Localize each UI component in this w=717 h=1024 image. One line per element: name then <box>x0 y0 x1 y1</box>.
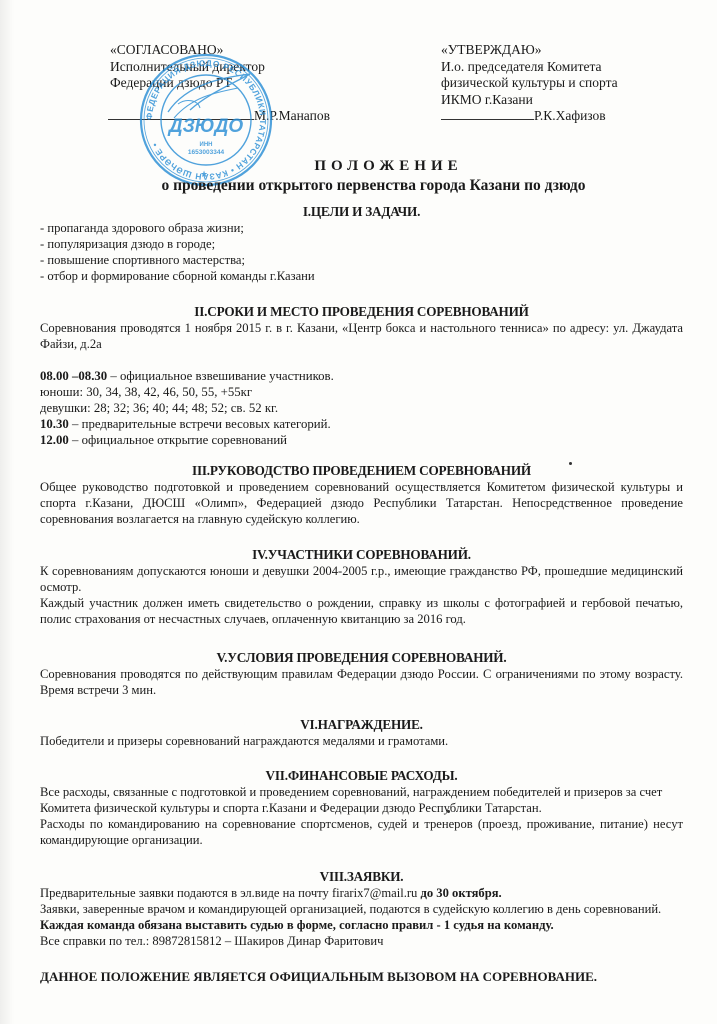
section-heading: I.ЦЕЛИ И ЗАДАЧИ. <box>40 203 683 220</box>
agreed-heading: «СОГЛАСОВАНО» <box>110 42 330 59</box>
section-participants: IV.УЧАСТНИКИ СОРЕВНОВАНИЙ. К соревновани… <box>40 546 683 627</box>
approved-signatory: Р.К.Хафизов <box>534 108 606 123</box>
section-text: Каждая команда обязана выставить судью в… <box>40 917 683 933</box>
svg-text:ИНН: ИНН <box>200 142 213 148</box>
email-link[interactable]: firarix7@mail.ru <box>332 886 417 900</box>
approval-agreed: «СОГЛАСОВАНО» Исполнительный директор Фе… <box>110 42 330 125</box>
section-heading: II.СРОКИ И МЕСТО ПРОВЕДЕНИЯ СОРЕВНОВАНИЙ <box>40 303 683 320</box>
approved-position: И.о. председателя Комитета <box>441 59 618 76</box>
approved-organization: ИКМО г.Казани <box>441 92 618 109</box>
section-text: Соревнования проводятся по действующим п… <box>40 666 683 698</box>
section-text: Заявки, заверенные врачом и командирующе… <box>40 901 683 917</box>
section-heading: VII.ФИНАНСОВЫЕ РАСХОДЫ. <box>40 767 683 784</box>
section-awards: VI.НАГРАЖДЕНИЕ. Победители и призеры сор… <box>40 716 683 749</box>
title-subtitle: о проведении открытого первенства города… <box>0 176 717 195</box>
section-heading: VI.НАГРАЖДЕНИЕ. <box>40 716 683 733</box>
section-dates-place: II.СРОКИ И МЕСТО ПРОВЕДЕНИЯ СОРЕВНОВАНИЙ… <box>40 303 683 448</box>
section-text: Каждый участник должен иметь свидетельст… <box>40 595 683 627</box>
approved-committee: физической культуры и спорта <box>441 75 618 92</box>
section-applications: VIII.ЗАЯВКИ. Предварительные заявки пода… <box>40 868 683 949</box>
title-main: ПОЛОЖЕНИЕ <box>0 157 717 176</box>
section-text: Победители и призеры соревнований награж… <box>40 733 683 749</box>
scan-speck <box>569 462 572 465</box>
section-text: Соревнования проводятся 1 ноября 2015 г.… <box>40 320 683 352</box>
section-heading: V.УСЛОВИЯ ПРОВЕДЕНИЯ СОРЕВНОВАНИЙ. <box>40 649 683 666</box>
schedule-item: юноши: 30, 34, 38, 42, 46, 50, 55, +55кг <box>40 384 683 400</box>
approval-approved: «УТВЕРЖДАЮ» И.о. председателя Комитета ф… <box>441 42 618 125</box>
agreed-signature-line: М.Р.Манапов <box>110 108 330 125</box>
scan-speck <box>447 810 450 813</box>
section-text: Расходы по командированию на соревновани… <box>40 816 683 848</box>
agreed-blank <box>110 92 330 109</box>
scan-edge-shadow <box>0 0 14 1024</box>
agreed-position: Исполнительный директор <box>110 59 330 76</box>
section-finances: VII.ФИНАНСОВЫЕ РАСХОДЫ. Все расходы, свя… <box>40 767 683 848</box>
signature-blank <box>108 108 254 120</box>
section-text: Все расходы, связанные с подготовкой и п… <box>40 784 683 816</box>
section-goals: I.ЦЕЛИ И ЗАДАЧИ. - пропаганда здорового … <box>40 203 683 284</box>
agreed-organization: Федерации дзюдо РТ <box>110 75 330 92</box>
section-text: Общее руководство подготовкой и проведен… <box>40 479 683 527</box>
section-heading: IV.УЧАСТНИКИ СОРЕВНОВАНИЙ. <box>40 546 683 563</box>
section-text: К соревнованиям допускаются юноши и деву… <box>40 563 683 595</box>
schedule-item: 10.30 – предварительные встречи весовых … <box>40 416 683 432</box>
document-page: «СОГЛАСОВАНО» Исполнительный директор Фе… <box>0 0 717 1024</box>
section-heading: III.РУКОВОДСТВО ПРОВЕДЕНИЕМ СОРЕВНОВАНИЙ <box>40 462 683 479</box>
agreed-signatory: М.Р.Манапов <box>254 108 330 123</box>
list-item: - популяризация дзюдо в городе; <box>40 236 683 252</box>
section-conditions: V.УСЛОВИЯ ПРОВЕДЕНИЯ СОРЕВНОВАНИЙ. Сорев… <box>40 649 683 698</box>
svg-text:1653003344: 1653003344 <box>188 149 225 156</box>
schedule-item: девушки: 28; 32; 36; 40; 44; 48; 52; св.… <box>40 400 683 416</box>
signature-blank <box>441 108 534 120</box>
list-item: - пропаганда здорового образа жизни; <box>40 220 683 236</box>
schedule-item: 12.00 – официальное открытие соревновани… <box>40 432 683 448</box>
contact-line: Все справки по тел.: 89872815812 – Шакир… <box>40 933 683 949</box>
section-text: Предварительные заявки подаются в эл.вид… <box>40 885 683 901</box>
approved-signature-line: Р.К.Хафизов <box>441 108 618 125</box>
list-item: - повышение спортивного мастерства; <box>40 252 683 268</box>
schedule-item: 08.00 –08.30 – официальное взвешивание у… <box>40 368 683 384</box>
document-body: I.ЦЕЛИ И ЗАДАЧИ. - пропаганда здорового … <box>40 203 683 985</box>
approved-heading: «УТВЕРЖДАЮ» <box>441 42 618 59</box>
official-invitation-statement: ДАННОЕ ПОЛОЖЕНИЕ ЯВЛЯЕТСЯ ОФИЦИАЛЬНЫМ ВЫ… <box>40 969 683 985</box>
list-item: - отбор и формирование сборной команды г… <box>40 268 683 284</box>
section-management: III.РУКОВОДСТВО ПРОВЕДЕНИЕМ СОРЕВНОВАНИЙ… <box>40 462 683 527</box>
section-heading: VIII.ЗАЯВКИ. <box>40 868 683 885</box>
document-title: ПОЛОЖЕНИЕ о проведении открытого первенс… <box>0 157 717 195</box>
approval-header: «СОГЛАСОВАНО» Исполнительный директор Фе… <box>110 42 690 132</box>
